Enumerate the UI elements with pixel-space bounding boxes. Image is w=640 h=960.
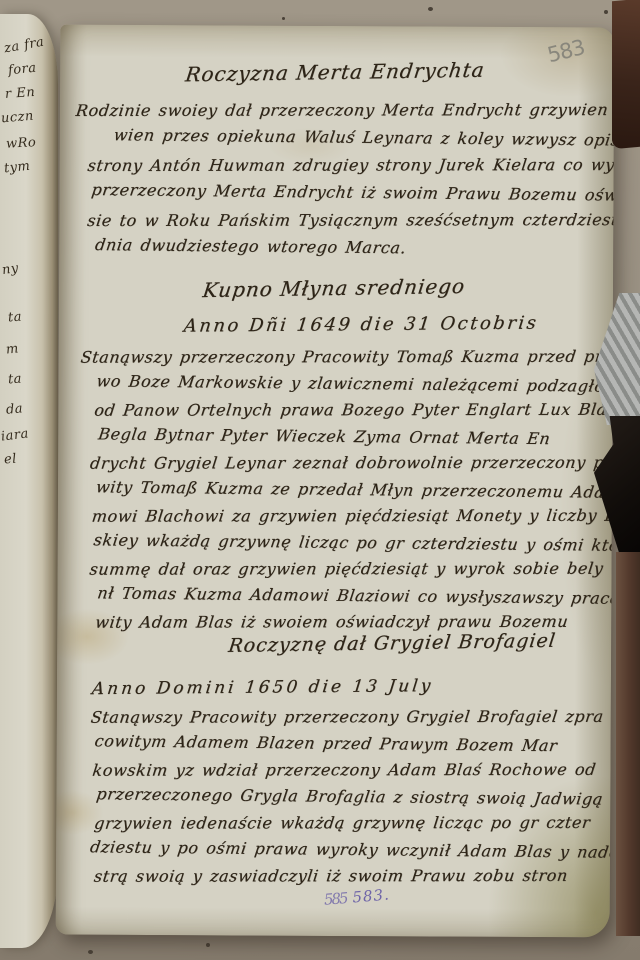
leather-cover-top-right <box>612 0 640 149</box>
archival-number: 583. <box>352 885 391 906</box>
entry-2-date: Anno Dñi 1649 die 31 Octobris <box>183 313 540 337</box>
manuscript-line: Stanąwszy przerzeczony Pracowity Tomaß K… <box>79 344 614 371</box>
manuscript-line: wo Boze Markowskie y zlawicznemi należąc… <box>95 368 615 400</box>
manuscript-line: mowi Blachowi za grzywien pięćdziesiąt M… <box>90 503 614 530</box>
entry-2-heading: Kupno Młyna sredniego <box>153 273 516 303</box>
manuscript-photo: za fra fora r En uczn wRo tym ny ta m ta… <box>0 0 640 960</box>
folio-number-pencil: 583 <box>545 35 587 67</box>
entry-1-heading: Roczyzna Merta Endrychta <box>154 57 517 87</box>
manuscript-line: Rodzinie swoiey dał przerzeczony Merta E… <box>74 96 614 125</box>
prev-page-fragment: uczn <box>0 109 34 127</box>
entry-3-date: Anno Domini 1650 die 13 July <box>91 676 435 699</box>
manuscript-line: grzywien iedenaście wkażdą grzywnę liczą… <box>93 810 615 837</box>
manuscript-line: dnia dwudziestego wtorego Marca. <box>93 231 614 265</box>
manuscript-line: sie to w Roku Pańskim Tysiącznym sześćse… <box>86 206 615 235</box>
manuscript-line: dziestu y po ośmi prawa wyroky wczynił A… <box>88 834 614 866</box>
manuscript-line: summę dał oraz grzywien pięćdziesiąt y w… <box>88 556 614 583</box>
dust-speck <box>428 7 433 11</box>
manuscript-line: Stanąwszy Pracowity przerzeczony Grygiel… <box>89 704 614 731</box>
prev-page-fragment: r En <box>5 85 36 102</box>
prev-page-fragment: wRo <box>6 135 37 152</box>
dust-speck <box>88 950 93 954</box>
manuscript-line: strony Antón Huwman zdrugiey strony Jure… <box>86 151 614 180</box>
prev-page-fragment: za fra <box>3 35 46 57</box>
entry-3-body: Stanąwszy Pracowity przerzeczony Grygiel… <box>76 703 615 892</box>
leather-cover-right <box>616 552 640 936</box>
prev-page-fragment: tym <box>3 159 31 177</box>
previous-page-edge: za fra fora r En uczn wRo tym ny ta m ta… <box>0 14 58 948</box>
manuscript-line: drycht Grygiel Leynar zeznał dobrowolnie… <box>88 450 614 477</box>
prev-page-fragment: iara <box>0 426 29 444</box>
manuscript-line: kowskim yz wdział przerzeczony Adam Blaś… <box>91 757 614 784</box>
manuscript-line: Begla Bytnar Pyter Wieczek Zyma Ornat Me… <box>96 421 614 453</box>
prev-page-fragment: el <box>3 451 17 467</box>
entry-3-heading: Roczyznę dał Grygiel Brofagiel <box>211 629 574 657</box>
manuscript-line: wien przes opiekuna Waluś Leynara z kole… <box>112 121 614 155</box>
dust-speck <box>206 943 210 947</box>
dust-speck <box>282 17 285 20</box>
manuscript-line: od Panow Ortelnych prawa Bozego Pyter En… <box>93 397 615 424</box>
archival-number-overwritten: 585 <box>323 889 347 909</box>
manuscript-line: przerzeczonego Grygla Brofaglia z siostr… <box>95 781 615 813</box>
prev-page-fragment: m <box>5 341 19 357</box>
prev-page-fragment: ny <box>1 261 20 278</box>
dust-speck <box>604 10 608 14</box>
manuscript-line: nł Tomas Kuzma Adamowi Blaziowi co wysły… <box>96 580 615 612</box>
prev-page-fragment: da <box>5 401 23 417</box>
manuscript-line: przerzeczony Merta Endrycht iż swoim Pra… <box>90 176 615 210</box>
entry-2-body: Stanąwszy przerzeczony Pracowity Tomaß K… <box>69 343 614 637</box>
prev-page-fragment: fora <box>7 61 37 79</box>
prev-page-fragment: ta <box>8 372 23 388</box>
manuscript-line: skiey wkażdą grzywnę licząc po gr czterd… <box>92 527 614 559</box>
prev-page-fragment: ta <box>7 310 22 326</box>
manuscript-line: wity Tomaß Kuzma ze przedał Młyn przerze… <box>94 474 614 506</box>
manuscript-line: cowitym Adamem Blazen przed Prawym Bozem… <box>93 728 615 760</box>
entry-1-body: Rodzinie swoiey dał przerzeczony Merta E… <box>73 95 614 263</box>
manuscript-page: 583 Roczyzna Merta Endrychta Rodzinie sw… <box>56 25 615 938</box>
manuscript-line: strą swoią y zaswiadczyli iż swoim Prawu… <box>92 863 614 890</box>
